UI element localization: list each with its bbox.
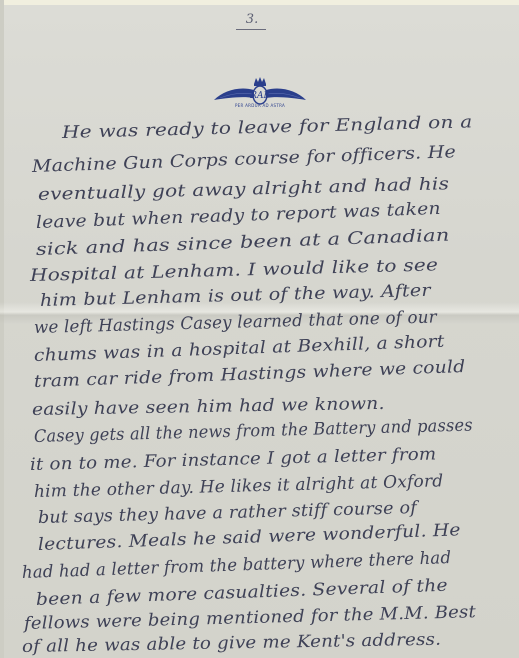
letter-line: him but Lenham is out of the way. After [40,281,431,311]
letter-line: He was ready to leave for England on a [62,112,473,143]
letter-line: Machine Gun Corps course for officers. H… [32,142,457,177]
letter-line: of all he was able to give me Kent's add… [22,630,441,657]
letter-line: it on to me. For instance I got a letter… [30,444,437,475]
letter-line: him the other day. He likes it alright a… [34,471,444,502]
letter-body: He was ready to leave for England on a M… [0,0,519,658]
letter-page: 3. RAF PER ARDUA AD ASTRA He was ready t… [0,0,519,658]
letter-line: Casey gets all the news from the Battery… [34,416,473,447]
letter-line: easily have seen him had we known. [32,394,385,420]
